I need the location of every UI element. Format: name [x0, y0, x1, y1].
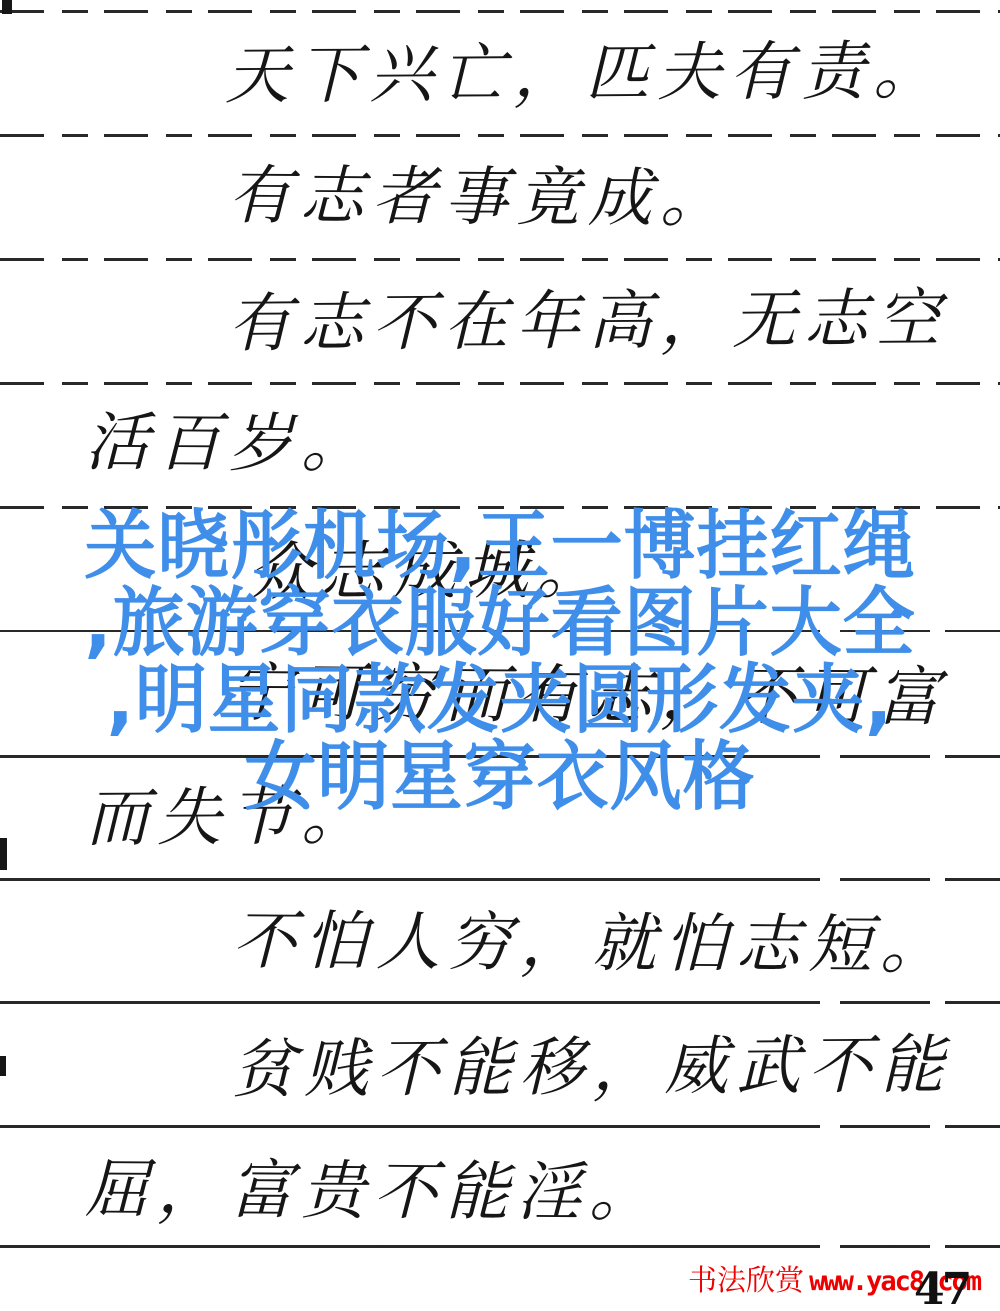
watermark-site-name: 书法欣赏	[688, 1263, 804, 1297]
calligraphy-row: 贫贱不能移，威武不能	[232, 1019, 953, 1116]
calligraphy-row: 有志者事竟成。	[228, 150, 733, 246]
calligraphy-row: 有志不在年高，无志空	[228, 273, 949, 370]
seo-title-line: 女明星穿衣风格	[0, 737, 1000, 817]
page-number: 47	[914, 1264, 969, 1311]
calligraphy-row: 活百岁。	[85, 397, 374, 491]
seo-title-line: ,旅游穿衣服好看图片大全	[0, 583, 1000, 663]
calligraphy-row: 屈，富贵不能淫。	[85, 1144, 662, 1240]
seo-title-line: ,明星同款发夹圆形发夹,	[0, 660, 1000, 740]
seo-title-line: 关晓彤机场,王一博挂红绳	[0, 506, 1000, 586]
calligraphy-row: 不怕人穷，就怕志短。	[232, 895, 953, 992]
calligraphy-row: 天下兴亡，匹夫有责。	[225, 25, 946, 122]
seo-title-overlay: 关晓彤机场,王一博挂红绳 ,旅游穿衣服好看图片大全 ,明星同款发夹圆形发夹, 女…	[0, 506, 1000, 814]
calligraphy-sheet: 天下兴亡，匹夫有责。 有志者事竟成。 有志不在年高，无志空 活百岁。 众志成城。…	[0, 0, 1000, 1311]
